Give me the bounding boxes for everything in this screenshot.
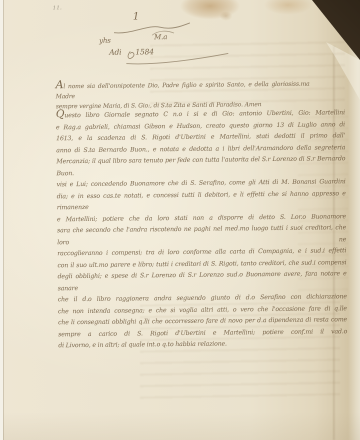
- letter-body: Questo libro Giornale segnato C n.o i si…: [56, 107, 348, 352]
- manuscript-line: di Livorno, e in altri; al quale int.o q…: [58, 337, 347, 352]
- manuscript-line: degli obblighi; e spese di S.r Lorenzo d…: [58, 268, 347, 294]
- invocation-line-1: Al nome sia dell'onnipotente Dio, Padre …: [56, 80, 310, 103]
- manuscript-line: Mercanzia; il qual libro sara tenuto per…: [56, 153, 345, 179]
- manuscript-line: sara che secondo che l'andra riscotendo …: [57, 222, 346, 248]
- maria-monogram: M.a: [154, 33, 167, 41]
- folio-number: 1: [133, 11, 139, 22]
- date-prefix: Adi: [109, 48, 121, 57]
- manuscript-line: dia; e in esso cas.te notati, e concessi…: [57, 188, 346, 214]
- folio-flourish: [112, 20, 192, 37]
- date-line: Adi1584: [109, 47, 154, 56]
- handwriting-layer: 11. 1 yhs M.a Adi1584 Al nome sia dell'o…: [0, 0, 360, 440]
- manuscript-photo: 11. 1 yhs M.a Adi1584 Al nome sia dell'o…: [0, 0, 360, 440]
- folio-pencil-mark: 11.: [53, 5, 63, 11]
- ihs-monogram: yhs: [99, 37, 111, 45]
- date-year: 1584: [135, 47, 154, 56]
